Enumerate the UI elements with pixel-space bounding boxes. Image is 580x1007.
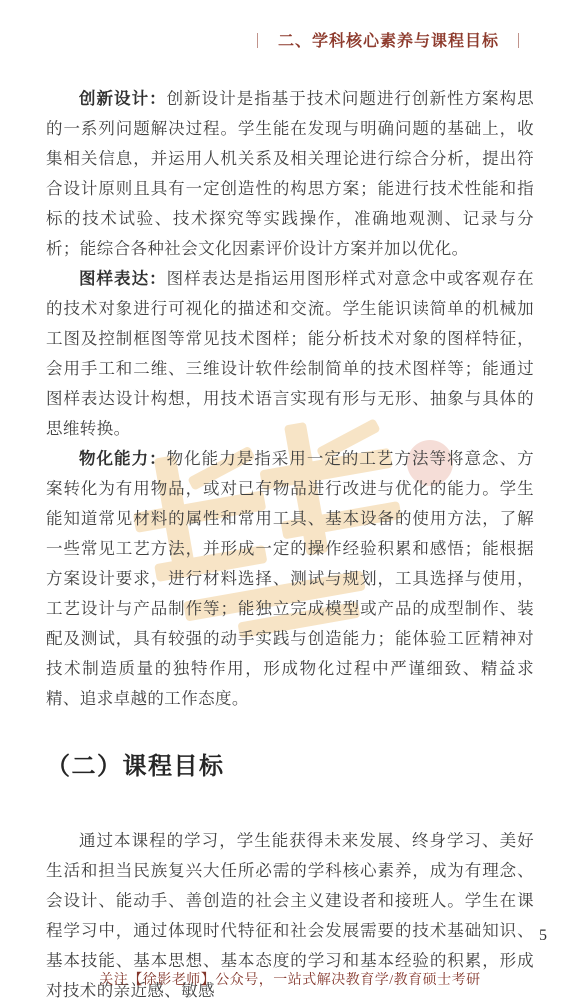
term-lead-innovative-design: 创新设计： [79,89,167,108]
page-content: 创新设计：创新设计是指基于技术问题进行创新性方案构思的一系列问题解决过程。学生能… [46,84,534,1006]
footer-note: 关注【徐影老师】公众号，一站式解决教育学/教育硕士考研 [0,969,580,989]
paragraph-materialization-ability: 物化能力：物化能力是指采用一定的工艺方法等将意念、方案转化为有用物品，或对已有物… [46,444,534,714]
paragraph-text: 物化能力是指采用一定的工艺方法等将意念、方案转化为有用物品，或对已有物品进行改进… [46,449,534,708]
paragraph-text: 图样表达是指运用图形样式对意念中或客观存在的技术对象进行可视化的描述和交流。学生… [46,269,534,438]
paragraph-drawing-expression: 图样表达：图样表达是指运用图形样式对意念中或客观存在的技术对象进行可视化的描述和… [46,264,534,444]
document-page: ｜ 二、学科核心素养与课程目标 ｜ 创新设计：创新设计是指基于技术问题进行创新性… [0,0,580,1007]
page-header: ｜ 二、学科核心素养与课程目标 ｜ [243,28,534,51]
page-number: 5 [539,927,547,945]
section-heading-course-goals: （二）课程目标 [46,750,534,784]
header-left-bar-icon: ｜ [250,34,266,50]
term-lead-drawing-expression: 图样表达： [79,269,167,288]
header-right-bar-icon: ｜ [511,34,527,50]
paragraph-innovative-design: 创新设计：创新设计是指基于技术问题进行创新性方案构思的一系列问题解决过程。学生能… [46,84,534,264]
term-lead-materialization-ability: 物化能力： [79,449,167,468]
header-title: 二、学科核心素养与课程目标 [278,33,499,50]
paragraph-text: 创新设计是指基于技术问题进行创新性方案构思的一系列问题解决过程。学生能在发现与明… [46,89,534,258]
